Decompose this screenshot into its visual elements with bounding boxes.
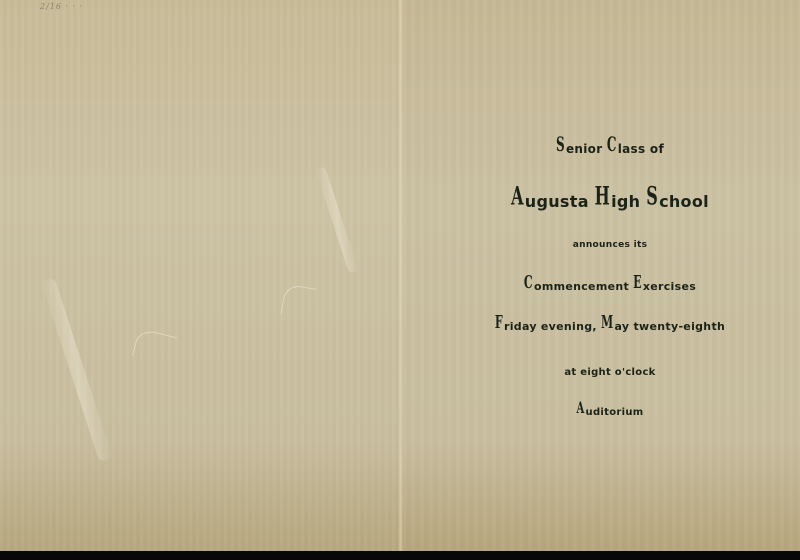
embossed-arc [281, 284, 317, 320]
line-text: igh [611, 192, 646, 211]
line-text: riday evening, [504, 320, 601, 333]
pencil-note: 2/16 · · · [40, 2, 83, 11]
scan-border [0, 551, 800, 560]
left-page: 2/16 · · · [0, 0, 400, 551]
initial-cap: A [511, 181, 524, 211]
line-text: ommencement [534, 280, 633, 293]
initial-cap: S [556, 134, 565, 156]
embossed-mark [41, 277, 113, 462]
line-time: at eight o'clock [480, 367, 740, 378]
initial-cap: A [576, 400, 584, 418]
initial-cap: S [646, 181, 658, 211]
initial-cap: E [633, 272, 642, 293]
line-text: lass of [618, 142, 664, 156]
document-spread: 2/16 · · · Senior Class of Augusta High … [0, 0, 800, 551]
embossed-arc [132, 327, 177, 365]
initial-cap: C [607, 134, 617, 156]
line-text: uditorium [586, 407, 644, 418]
line-text: ugusta [525, 192, 595, 211]
line-commencement: Commencement Exercises [480, 280, 740, 293]
embossed-mark [315, 166, 359, 274]
line-venue: Auditorium [480, 407, 740, 418]
line-senior-class: Senior Class of [480, 142, 740, 156]
line-text: enior [566, 142, 607, 156]
initial-cap: F [495, 312, 503, 333]
line-text: xercises [643, 280, 696, 293]
right-page [402, 0, 800, 551]
initial-cap: M [601, 312, 613, 333]
line-school-name: Augusta High School [480, 192, 740, 211]
line-date: Friday evening, May twenty-eighth [480, 320, 740, 333]
line-text: chool [659, 192, 709, 211]
line-text: ay twenty-eighth [615, 320, 726, 333]
line-announces: announces its [480, 240, 740, 250]
initial-cap: C [524, 272, 533, 293]
initial-cap: H [595, 181, 610, 211]
